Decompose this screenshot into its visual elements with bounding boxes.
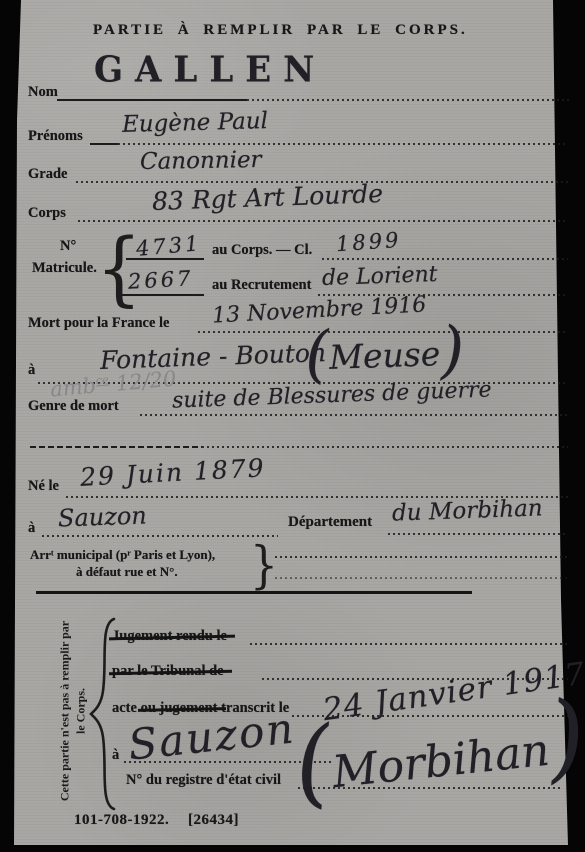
section-title: PARTIE À REMPLIR PAR LE CORPS.	[93, 22, 468, 39]
departement-leader	[388, 533, 568, 535]
au-corps-label: au Corps. — Cl.	[212, 242, 312, 259]
grade-value: Canonnier	[140, 147, 262, 175]
prenoms-label: Prénoms	[28, 128, 83, 145]
genre-mort-label: Genre de mort	[28, 398, 119, 415]
transcrit-label-pre: acte	[112, 700, 141, 716]
jugement-label: Jugement rendu le	[112, 628, 227, 645]
matricule-corps-underline	[126, 258, 204, 260]
transcrit-lieu-label: à	[112, 747, 119, 764]
tribunal-label-text: par le Tribunal de	[112, 663, 224, 680]
mort-lieu-label: à	[28, 362, 35, 379]
corps-label: Corps	[28, 205, 66, 222]
jugement-leader	[250, 643, 568, 645]
separator-dotted	[202, 446, 568, 448]
dept-paren-close: )	[439, 312, 466, 386]
nom-label: Nom	[28, 84, 58, 101]
nom-value: GALLEN	[94, 49, 326, 91]
matricule-label-line2: Matricule.	[32, 260, 97, 277]
jugement-label-text: Jugement rendu le	[112, 628, 227, 645]
grade-label: Grade	[28, 166, 67, 183]
prenoms-leader	[118, 143, 568, 145]
section-divider-rule	[36, 591, 472, 594]
departement-label: Département	[288, 514, 372, 531]
arrondissement-label-line1: Arrᵗ municipal (pʳ Paris et Lyon),	[30, 547, 215, 563]
au-recrutement-label: au Recrutement	[212, 277, 311, 294]
departement-value: du Morbihan	[392, 495, 543, 526]
prenoms-value: Eugène Paul	[122, 108, 269, 138]
mort-date-leader	[198, 331, 568, 333]
registre-label: N° du registre d'état civil	[126, 772, 281, 789]
nom-underline	[57, 99, 247, 101]
mort-lieu-dept: (Meuse)	[304, 333, 465, 378]
scanned-record-card: PARTIE À REMPLIR PAR LE CORPS. GALLEN No…	[0, 0, 585, 852]
dept-name: Meuse	[329, 334, 441, 377]
nom-leader	[247, 99, 569, 101]
naissance-lieu-value: Sauzon	[58, 501, 148, 532]
recrutement-place-value: de Lorient	[322, 262, 438, 291]
arrondissement-brace: }	[250, 536, 278, 595]
tribunal-label: par le Tribunal de	[112, 663, 224, 680]
classe-value: 1899	[335, 228, 402, 257]
mort-date-label: Mort pour la France le	[28, 315, 169, 332]
imprint-number: 101-708-1922.	[74, 812, 169, 829]
matricule-recrutement-underline	[122, 294, 204, 296]
matricule-recrutement-number: 2667	[127, 266, 194, 293]
naissance-date-label: Né le	[28, 478, 59, 495]
prenoms-dash	[90, 143, 118, 145]
dept-paren-open: (	[304, 317, 331, 391]
arrondissement-leader-2	[275, 577, 568, 579]
classe-leader	[322, 258, 568, 260]
corps-leader	[78, 220, 568, 222]
matricule-label-line1: N°	[60, 238, 76, 255]
arrondissement-leader-1	[275, 556, 568, 558]
side-note-text: Cette partie n'est pas à remplir par le …	[57, 620, 88, 802]
genre-mort-leader	[140, 414, 568, 416]
naissance-lieu-leader	[42, 535, 278, 537]
matricule-brace: {	[96, 221, 142, 315]
separator-dashed-dark	[30, 446, 202, 448]
naissance-lieu-label: à	[28, 520, 35, 537]
registre-leader	[298, 787, 560, 789]
imprint-ref: [26434]	[188, 812, 239, 829]
arrondissement-label-line2: à défaut rue et N°.	[76, 564, 178, 580]
